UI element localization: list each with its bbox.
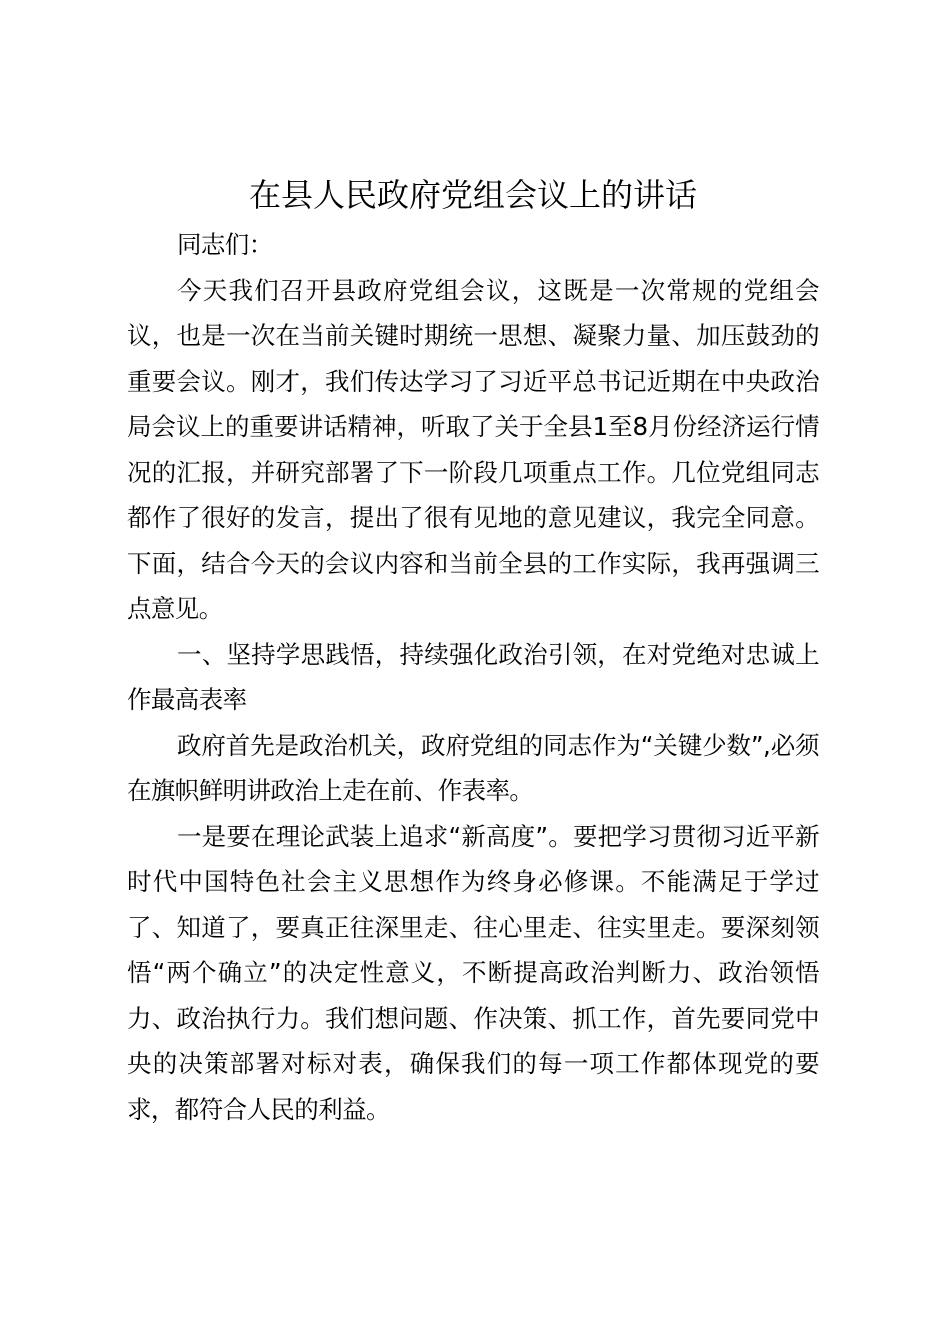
salutation: 同志们： bbox=[127, 222, 819, 268]
paragraph-opening: 今天我们召开县政府党组会议，这既是一次常规的党组会议，也是一次在当前关键时期统一… bbox=[127, 268, 819, 632]
section-heading-1: 一、坚持学思践悟，持续强化政治引领，在对党绝对忠诚上作最高表率 bbox=[127, 632, 819, 723]
document-title: 在县人民政府党组会议上的讲话 bbox=[127, 172, 819, 218]
paragraph-theory-armament: 一是要在理论武装上追求“新高度”。要把学习贯彻习近平新时代中国特色社会主义思想作… bbox=[127, 814, 819, 1133]
paragraph-political-organ: 政府首先是政治机关，政府党组的同志作为“关键少数”,必须在旗帜鲜明讲政治上走在前… bbox=[127, 723, 819, 814]
document-page: 在县人民政府党组会议上的讲话 同志们： 今天我们召开县政府党组会议，这既是一次常… bbox=[127, 172, 819, 1132]
